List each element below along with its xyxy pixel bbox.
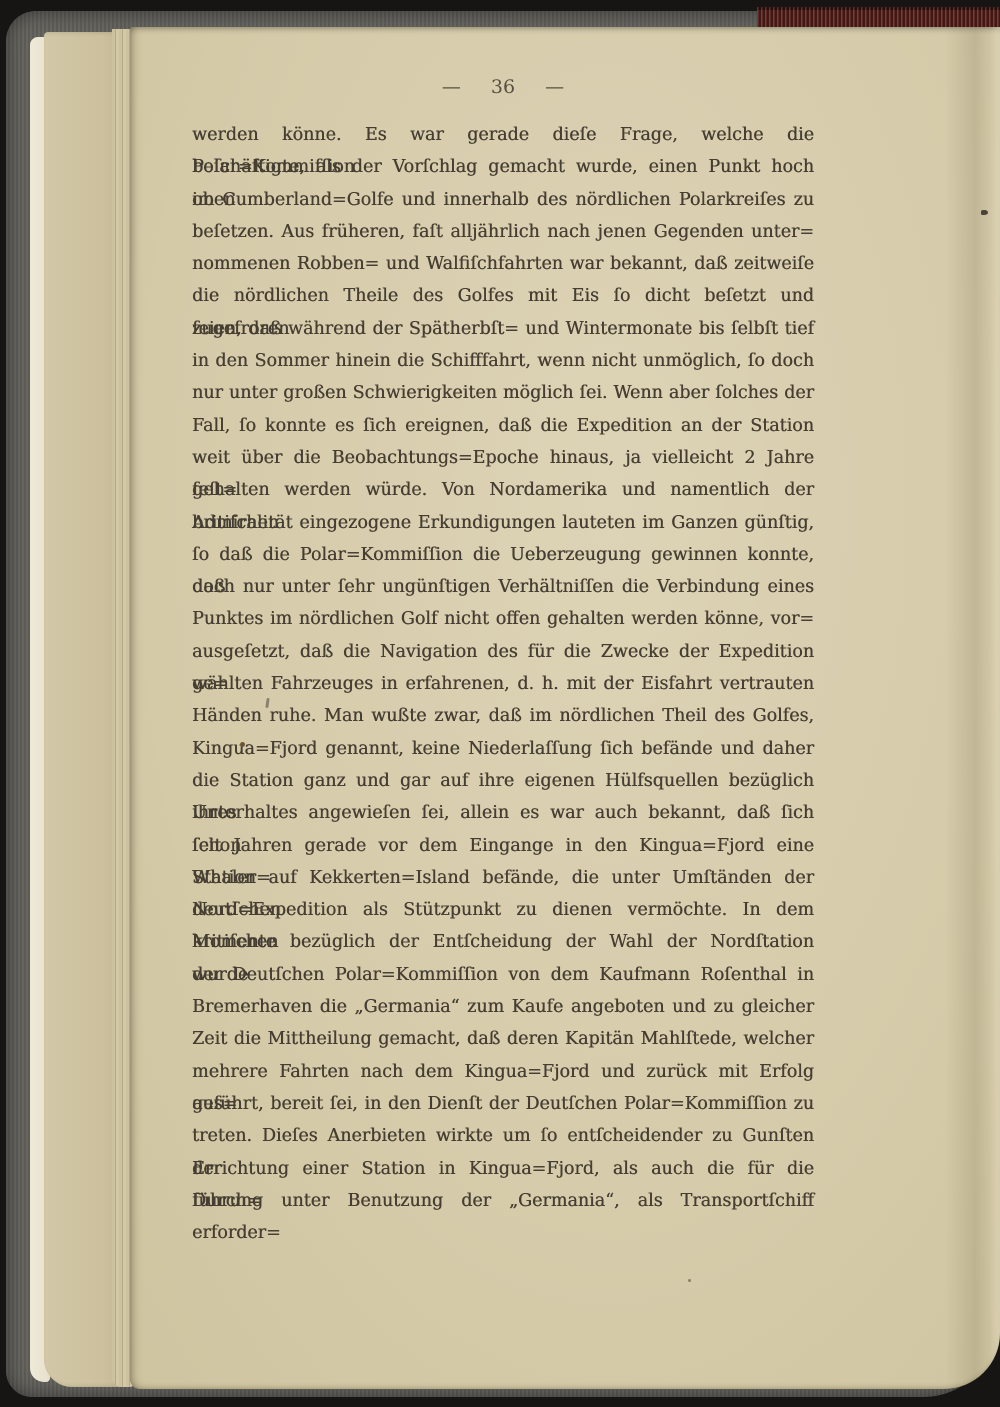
text-line: nommenen Robben= und Walfiſchfahrten war… [192,248,814,280]
text-line: Nord=Expedition als Stützpunkt zu dienen… [192,894,814,926]
text-line: Bremerhaven die „Germania“ zum Kaufe ang… [192,991,814,1023]
text-line: beſetzen. Aus früheren, faſt alljährlich… [192,216,814,248]
text-line: ſo daß die Polar=Kommiſſion die Ueberzeu… [192,539,814,571]
text-line: nur unter großen Schwierigkeiten möglich… [192,377,814,409]
text-line: Errichtung einer Station in Kingua=Fjord… [192,1153,814,1185]
text-line: beſchäftigte, als der Vorſchlag gemacht … [192,151,814,183]
text-line: ſeit Jahren gerade vor dem Eingange in d… [192,830,814,862]
text-line: werden könne. Es war gerade dieſe Frage,… [192,119,814,151]
header-dash-left: — [442,76,461,98]
text-line: Station auf Kekkerten=Island befände, di… [192,862,814,894]
text-line: führung unter Benutzung der „Germania“, … [192,1185,814,1217]
text-line: Kingua=Fjord genannt, keine Niederlaſſun… [192,733,814,765]
text-line: Punktes im nördlichen Golf nicht offen g… [192,603,814,635]
text-line: geführt, bereit ſei, in den Dienſt der D… [192,1088,814,1120]
text-line: Momente bezüglich der Entſcheidung der W… [192,926,814,958]
scan-speck [240,742,245,747]
text-line: Händen ruhe. Man wußte zwar, daß im nörd… [192,700,814,732]
text-line: in den Sommer hinein die Schifffahrt, we… [192,345,814,377]
body-text: werden könne. Es war gerade dieſe Frage,… [192,119,814,1217]
text-line: die nördlichen Theile des Golfes mit Eis… [192,280,814,312]
text-line: die Station ganz und gar auf ihre eigene… [192,765,814,797]
text-line: Admiralität eingezogene Erkundigungen la… [192,507,814,539]
text-line: weit über die Beobachtungs=Epoche hinaus… [192,442,814,474]
page-right-shading [945,27,1000,1389]
scan-speck [981,210,988,215]
text-line: ausgeſetzt, daß die Navigation des für d… [192,636,814,668]
text-line: im Cumberland=Golfe und innerhalb des nö… [192,184,814,216]
text-line: doch nur unter ſehr ungünſtigen Verhältn… [192,571,814,603]
page-number-header: — 36 — [192,76,814,98]
text-line: der Deutſchen Polar=Kommiſſion von dem K… [192,959,814,991]
header-dash-right: — [545,76,564,98]
text-line: Unterhaltes angewieſen ſei, allein es wa… [192,797,814,829]
text-line: mehrere Fahrten nach dem Kingua=Fjord un… [192,1056,814,1088]
text-line: Zeit die Mittheilung gemacht, daß deren … [192,1023,814,1055]
page-number: 36 [491,76,515,98]
scan-speck [688,1279,691,1282]
text-line: treten. Dieſes Anerbieten wirkte um ſo e… [192,1120,814,1152]
text-line: gehalten werden würde. Von Nordamerika u… [192,474,814,506]
text-line: ſeien, daß während der Spätherbſt= und W… [192,313,814,345]
text-line: wählten Fahrzeuges in erfahrenen, d. h. … [192,668,814,700]
text-line: Fall, ſo konnte es ſich ereignen, daß di… [192,410,814,442]
